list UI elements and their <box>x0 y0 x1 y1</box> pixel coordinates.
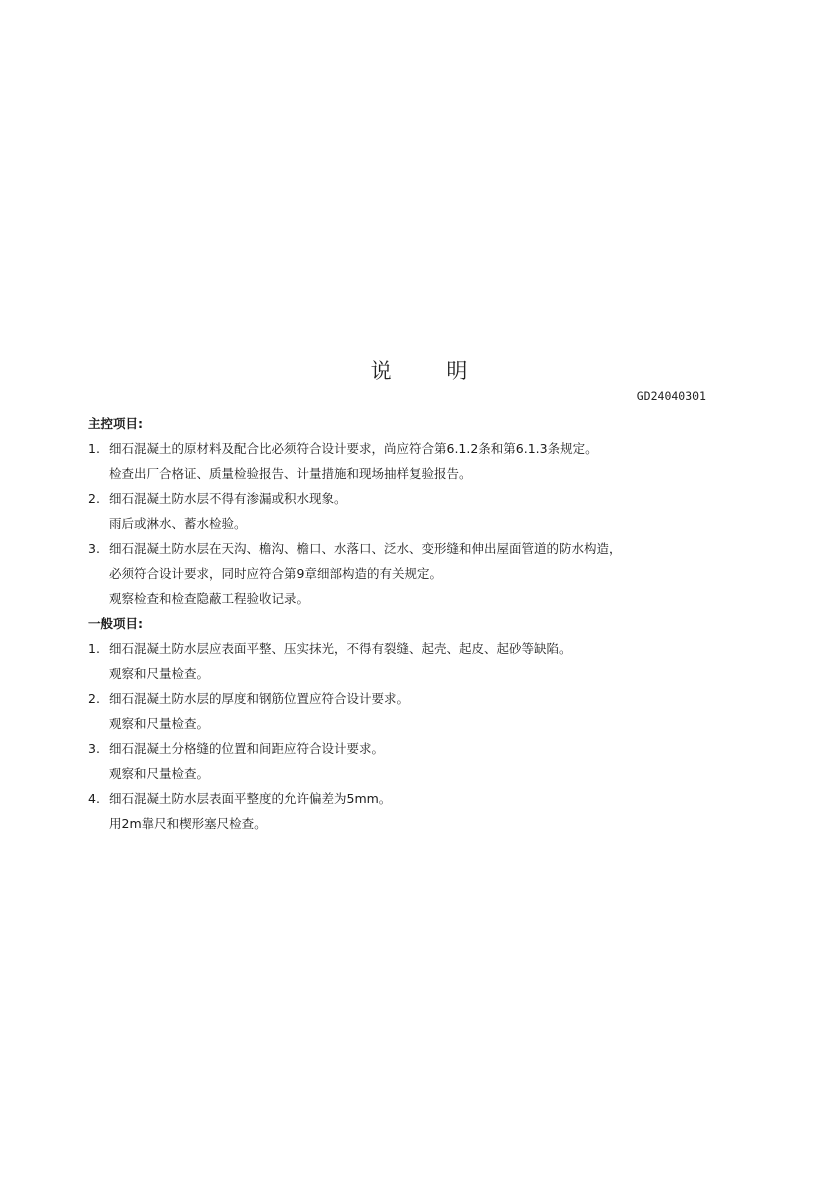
item-text: 细石混凝土防水层的厚度和钢筋位置应符合设计要求。 <box>109 691 409 706</box>
item-number: 2. <box>88 486 109 511</box>
list-item: 1.细石混凝土防水层应表面平整、压实抹光，不得有裂缝、起壳、起皮、起砂等缺陷。 <box>88 636 728 661</box>
list-item: 2.细石混凝土防水层不得有渗漏或积水现象。 <box>88 486 728 511</box>
document-title: 说 明 <box>0 355 838 385</box>
list-item: 2.细石混凝土防水层的厚度和钢筋位置应符合设计要求。 <box>88 686 728 711</box>
item-text: 细石混凝土防水层不得有渗漏或积水现象。 <box>109 491 347 506</box>
document-body: 主控项目: 1.细石混凝土的原材料及配合比必须符合设计要求，尚应符合第6.1.2… <box>88 411 728 836</box>
inspection-method: 观察和尺量检查。 <box>88 661 728 686</box>
item-number: 1. <box>88 436 109 461</box>
inspection-method: 观察和尺量检查。 <box>88 761 728 786</box>
document-code: GD24040301 <box>637 389 706 403</box>
inspection-method: 检查出厂合格证、质量检验报告、计量措施和现场抽样复验报告。 <box>88 461 728 486</box>
item-number: 3. <box>88 736 109 761</box>
inspection-method: 观察和尺量检查。 <box>88 711 728 736</box>
inspection-method: 观察检查和检查隐蔽工程验收记录。 <box>88 586 728 611</box>
list-item: 3.细石混凝土分格缝的位置和间距应符合设计要求。 <box>88 736 728 761</box>
item-text-continuation: 必须符合设计要求，同时应符合第9章细部构造的有关规定。 <box>88 561 728 586</box>
list-item: 1.细石混凝土的原材料及配合比必须符合设计要求，尚应符合第6.1.2条和第6.1… <box>88 436 728 461</box>
inspection-method: 用2m靠尺和楔形塞尺检查。 <box>88 811 728 836</box>
inspection-method: 雨后或淋水、蓄水检验。 <box>88 511 728 536</box>
item-text: 细石混凝土的原材料及配合比必须符合设计要求，尚应符合第6.1.2条和第6.1.3… <box>109 441 598 456</box>
item-text: 细石混凝土防水层在天沟、檐沟、檐口、水落口、泛水、变形缝和伸出屋面管道的防水构造… <box>109 541 622 556</box>
item-text: 细石混凝土分格缝的位置和间距应符合设计要求。 <box>109 741 384 756</box>
item-number: 2. <box>88 686 109 711</box>
list-item: 4.细石混凝土防水层表面平整度的允许偏差为5mm。 <box>88 786 728 811</box>
section-heading-main-control: 主控项目: <box>88 411 728 436</box>
item-text: 细石混凝土防水层表面平整度的允许偏差为5mm。 <box>109 791 391 806</box>
item-number: 3. <box>88 536 109 561</box>
item-text: 细石混凝土防水层应表面平整、压实抹光，不得有裂缝、起壳、起皮、起砂等缺陷。 <box>109 641 572 656</box>
item-number: 4. <box>88 786 109 811</box>
list-item: 3.细石混凝土防水层在天沟、檐沟、檐口、水落口、泛水、变形缝和伸出屋面管道的防水… <box>88 536 728 561</box>
section-heading-general: 一般项目: <box>88 611 728 636</box>
item-number: 1. <box>88 636 109 661</box>
